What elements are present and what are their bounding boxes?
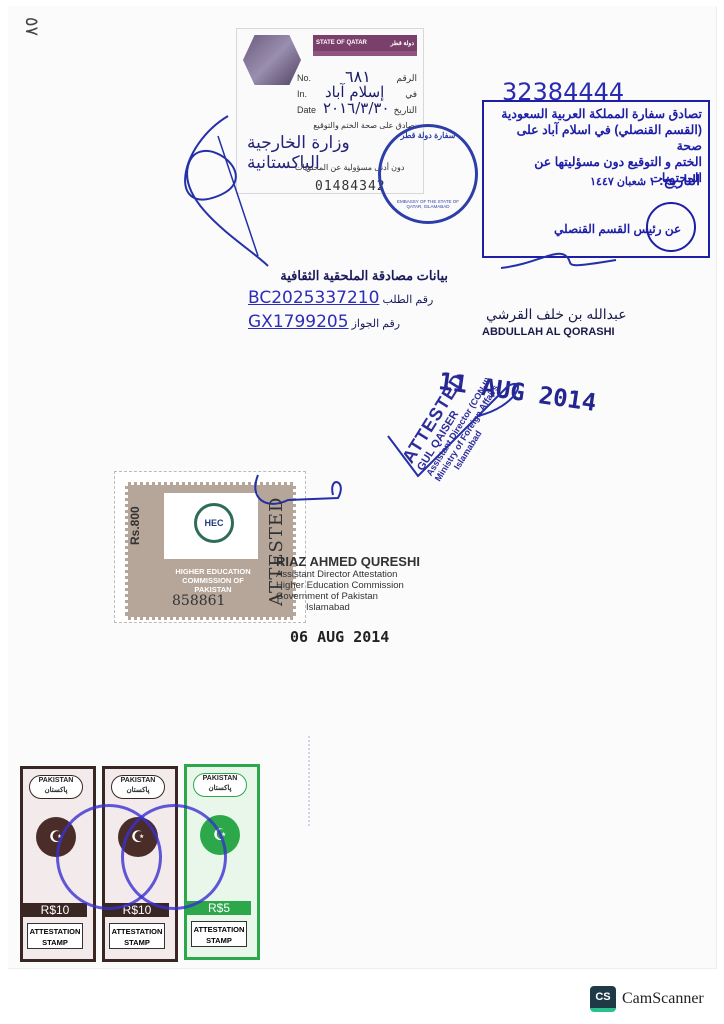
saudi-signatory-en: ABDULLAH AL QORASHI xyxy=(482,326,615,338)
qatar-subheader-bar xyxy=(313,51,417,56)
in-label-ar: في xyxy=(405,89,417,100)
hec-serial: 858861 xyxy=(172,593,225,609)
page-number: ٥٧ xyxy=(21,17,42,36)
date-label-ar: التاريخ xyxy=(394,105,417,116)
qatar-embassy-seal: سفارة دولة قطر EMBASSY OF THE STATE OF Q… xyxy=(378,124,478,224)
date-value: ٢٠١٦/٣/٣٠ xyxy=(323,99,390,117)
hec-logo-icon: HEC xyxy=(194,503,234,543)
mofa-round-seal xyxy=(121,804,227,910)
sticker-serial: 01484342 xyxy=(315,179,386,194)
saudi-signatory-ar: عبدالله بن خلف القرشي xyxy=(486,306,627,323)
cultural-attache-title: بيانات مصادقة الملحقية الثقافية xyxy=(228,268,448,284)
in-label: In. xyxy=(297,89,307,99)
no-label: No. xyxy=(297,73,311,83)
signature-scribble xyxy=(158,106,288,276)
camscanner-watermark: CS CamScanner xyxy=(590,986,704,1012)
no-label-ar: الرقم xyxy=(396,73,417,84)
saudi-signature xyxy=(496,246,636,276)
hologram-icon xyxy=(243,35,301,85)
passport-number: GX1799205 رقم الجواز xyxy=(248,312,400,332)
faded-handwriting xyxy=(308,736,510,826)
hec-org-name: HIGHER EDUCATION COMMISSION OF PAKISTAN xyxy=(148,567,278,594)
qatar-header: STATE OF QATAR دولة قطر xyxy=(313,35,417,51)
document-page: ٥٧ STATE OF QATAR دولة قطر No. الرقم ٦٨١… xyxy=(8,6,717,969)
saudi-date: التاريخ: ١ شعبان ١٤٤٧ xyxy=(590,172,700,189)
hec-stamp-value: Rs.800 xyxy=(128,506,142,545)
camscanner-logo-icon: CS xyxy=(590,986,616,1012)
hec-attestation-officer: RIAZ AHMED QURESHI Assistant Director At… xyxy=(276,554,420,613)
hec-date: 06 AUG 2014 xyxy=(290,628,389,646)
request-number: BC2025337210 رقم الطلب xyxy=(248,288,433,308)
saudi-line-2: (القسم القنصلي) في اسلام آباد على صحة xyxy=(484,122,708,154)
hec-signature xyxy=(248,470,358,520)
saudi-head-label: عن رئيس القسم القنصلي xyxy=(554,222,681,236)
certify-text: نصادق على صحة الختم والتوقيع xyxy=(313,121,417,130)
date-label: Date xyxy=(297,105,316,115)
saudi-attestation-box: تصادق سفارة المملكة العربية السعودية (ال… xyxy=(482,100,710,258)
saudi-line-1: تصادق سفارة المملكة العربية السعودية xyxy=(484,102,708,122)
